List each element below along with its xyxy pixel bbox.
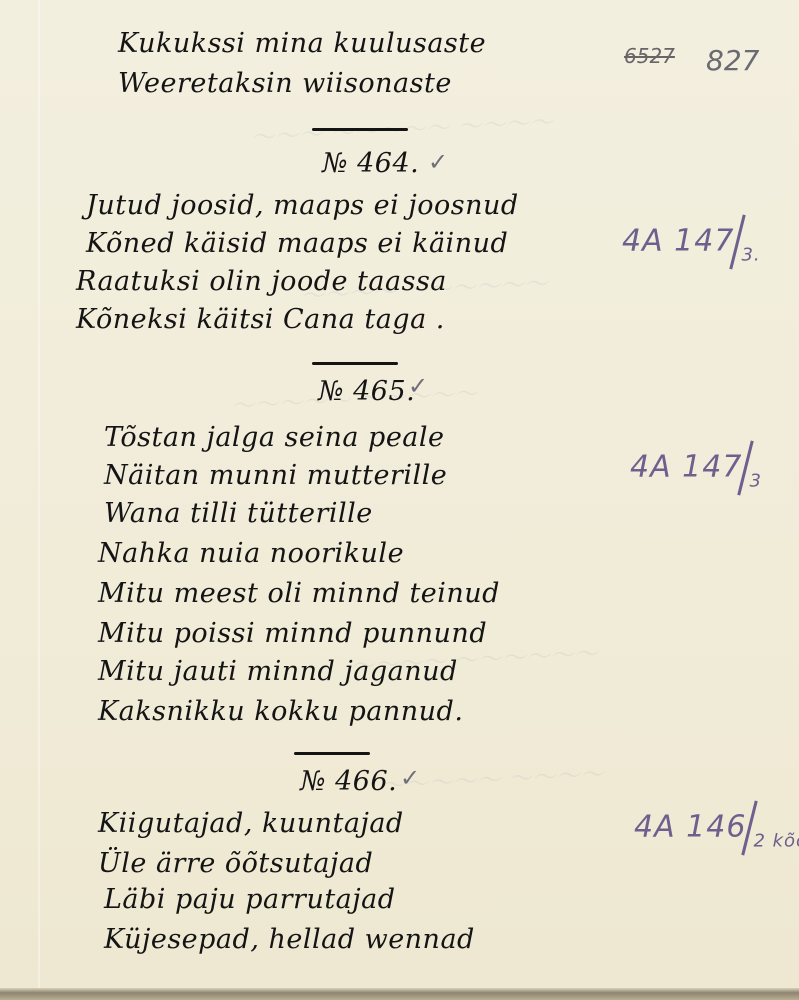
song-number-465: № 465.: [318, 376, 415, 407]
verse-line: Kiigutajad, kuuntajad: [98, 810, 404, 837]
verse-line: Üle ärre õõtsutajad: [98, 850, 373, 877]
archive-ref-prefix: 4: [634, 810, 654, 845]
archive-ref-number: 147: [682, 450, 742, 485]
archive-ref-number: 146: [686, 810, 746, 845]
archive-ref-suffix: 2 kõo: [753, 831, 799, 852]
song-number-466: № 466.: [300, 766, 397, 797]
old-page-number: 6527: [624, 44, 675, 68]
archive-reference-465: 4A 1473: [630, 440, 762, 496]
header-line-2: Weeretaksin wiisonaste: [118, 70, 452, 97]
song-number-464: № 464.: [322, 148, 419, 179]
verse-line: Kõneksi käitsi Cana taga .: [76, 306, 445, 333]
verse-line: Näitan munni mutterille: [104, 462, 447, 489]
verse-line: Jutud joosid, maaps ei joosnud: [86, 192, 519, 219]
section-divider: [294, 752, 370, 755]
verse-line: Tõstan jalga seina peale: [104, 424, 445, 451]
archive-ref-prefix: 4: [630, 450, 650, 485]
archive-reference-464: 4A 1473.: [622, 214, 761, 270]
paper-fold-line: [38, 0, 40, 988]
manuscript-page: 〜〜〜 〜〜〜〜〜 〜〜〜〜 〜〜〜〜 〜〜〜〜〜〜 〜〜〜〜〜 〜〜〜〜〜 〜…: [0, 0, 799, 988]
archive-ref-prefix: 4: [622, 224, 642, 259]
page-bottom-edge: [0, 988, 799, 1000]
archive-ref-code: A: [650, 450, 672, 485]
verse-line: Kõned käisid maaps ei käinud: [86, 230, 508, 257]
verse-line: Kaksnikku kokku pannud.: [98, 698, 463, 725]
header-line-1: Kukukssi mina kuulusaste: [118, 30, 486, 57]
archive-ref-code: A: [642, 224, 664, 259]
verse-line: Raatuksi olin joode taassa: [76, 268, 447, 295]
archive-reference-466: 4A 1462 kõo: [634, 800, 799, 856]
archive-ref-code: A: [654, 810, 676, 845]
page-number: 827: [706, 44, 759, 77]
section-divider: [312, 128, 408, 131]
section-divider: [312, 362, 398, 365]
verse-line: Läbi paju parrutajad: [104, 886, 396, 913]
check-mark-icon: ✓: [400, 764, 420, 792]
verse-line: Mitu meest oli minnd teinud: [98, 580, 500, 607]
archive-ref-suffix: 3: [749, 471, 761, 492]
archive-ref-suffix: 3.: [741, 245, 760, 266]
verse-line: Mitu jauti minnd jaganud: [98, 658, 458, 685]
verse-line: Mitu poissi minnd punnund: [98, 620, 487, 647]
check-mark-icon: ✓: [428, 148, 448, 176]
verse-line: Küjesepad, hellad wennad: [104, 926, 475, 953]
verse-line: Nahka nuia noorikule: [98, 540, 404, 567]
check-mark-icon: ✓: [408, 372, 428, 400]
archive-ref-number: 147: [674, 224, 734, 259]
verse-line: Wana tilli tütterille: [104, 500, 373, 527]
